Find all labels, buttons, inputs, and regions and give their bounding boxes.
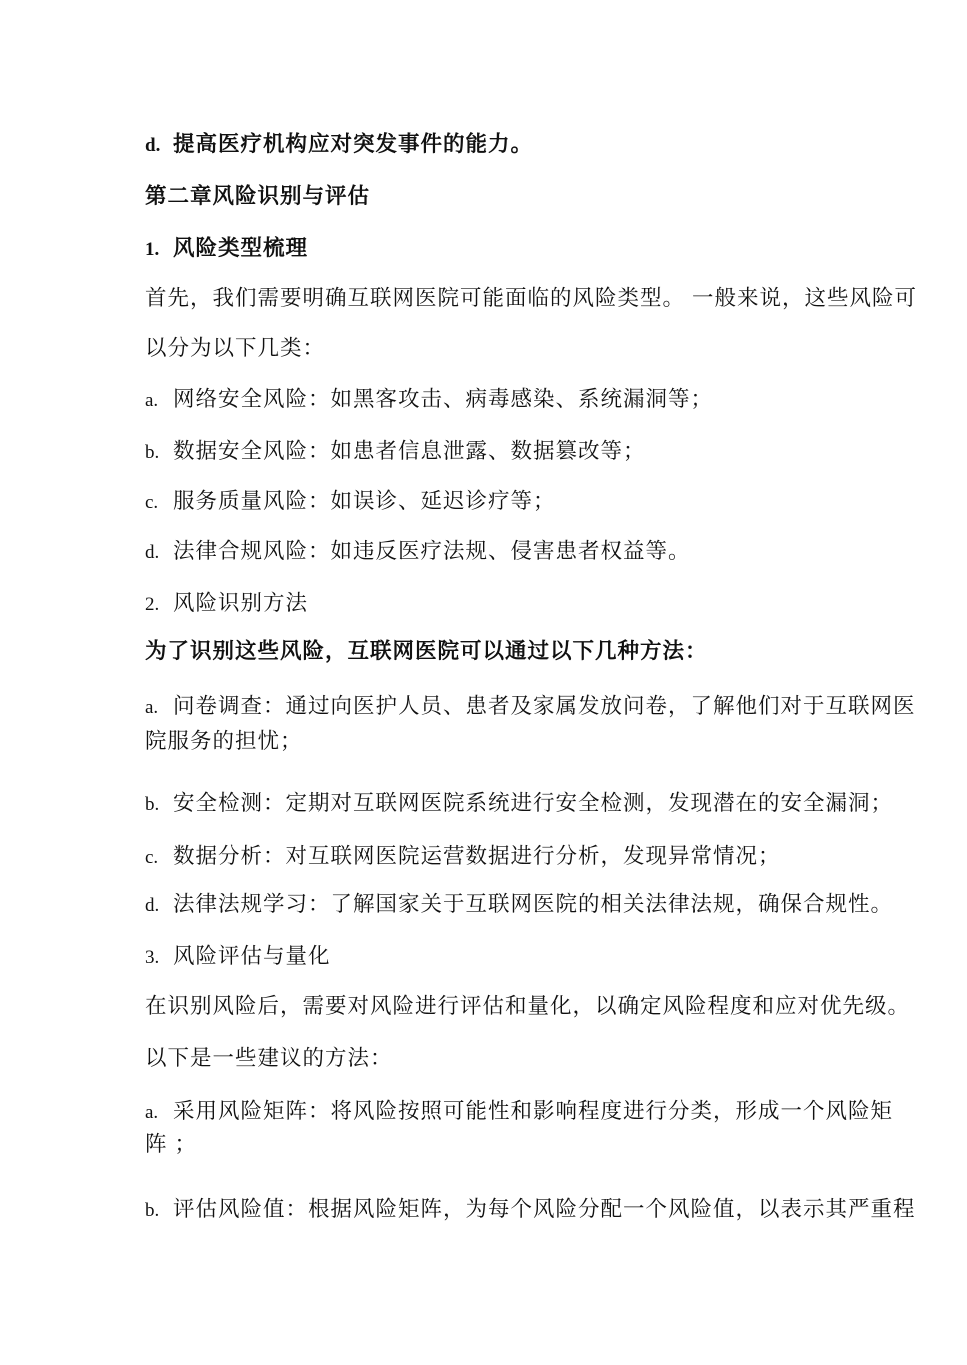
list-marker: a. [145, 696, 173, 719]
line-text: 风险识别方法 [173, 591, 308, 615]
list-marker: a. [145, 1101, 173, 1124]
list-marker: b. [145, 1199, 173, 1222]
line-text: 以分为以下几类： [145, 336, 325, 360]
paragraph-assess-line: 在识别风险后，需要对风险进行评估和量化，以确定风险程度和应对优先级。 [145, 995, 907, 1018]
list-marker: 1. [145, 238, 173, 261]
line-text: 在识别风险后，需要对风险进行评估和量化，以确定风险程度和应对优先级。 [145, 994, 910, 1018]
list-marker: 2. [145, 593, 173, 616]
chapter-heading: 第二章风险识别与评估 [145, 185, 907, 208]
section-heading-1: 1.风险类型梳理 [145, 237, 907, 261]
list-item-a-survey-line-1: a.问卷调查：通过向医护人员、患者及家属发放问卷，了解他们对于互联网医 [145, 695, 907, 719]
line-text: 数据安全风险：如患者信息泄露、数据篡改等； [173, 439, 646, 463]
list-item-b-risk-value: b.评估风险值：根据风险矩阵，为每个风险分配一个风险值，以表示其严重程 [145, 1198, 907, 1222]
line-text: 提高医疗机构应对突发事件的能力。 [173, 132, 533, 156]
document-page: d.提高医疗机构应对突发事件的能力。 第二章风险识别与评估 1.风险类型梳理 首… [0, 0, 967, 1365]
line-text: 阵 ； [145, 1132, 197, 1156]
list-marker: b. [145, 793, 173, 816]
section-heading-2: 2.风险识别方法 [145, 592, 907, 616]
line-text: 法律合规风险：如违反医疗法规、侵害患者权益等。 [173, 539, 691, 563]
list-item-c-data-analysis: c.数据分析：对互联网医院运营数据进行分析，发现异常情况； [145, 845, 907, 869]
line-text: 服务质量风险：如误诊、延迟诊疗等； [173, 489, 556, 513]
paragraph-methods-lead: 为了识别这些风险，互联网医院可以通过以下几种方法： [145, 640, 907, 663]
list-marker: a. [145, 389, 173, 412]
list-item-d-law-study: d.法律法规学习：了解国家关于互联网医院的相关法律法规，确保合规性。 [145, 893, 907, 917]
list-item-a-risk-matrix-line-2: 阵 ； [145, 1133, 907, 1156]
line-text: 为了识别这些风险，互联网医院可以通过以下几种方法： [145, 639, 708, 663]
list-item-a-survey-line-2: 院服务的担忧； [145, 730, 907, 753]
list-item-a-network-risk: a.网络安全风险：如黑客攻击、病毒感染、系统漏洞等； [145, 388, 907, 412]
line-text: 网络安全风险：如黑客攻击、病毒感染、系统漏洞等； [173, 387, 713, 411]
list-marker: d. [145, 541, 173, 564]
line-text: 以下是一些建议的方法： [145, 1046, 393, 1070]
line-text: 评估风险值：根据风险矩阵，为每个风险分配一个风险值，以表示其严重程 [173, 1197, 916, 1221]
list-marker: b. [145, 441, 173, 464]
line-text: 风险评估与量化 [173, 944, 331, 968]
line-text: 采用风险矩阵：将风险按照可能性和影响程度进行分类，形成一个风险矩 [173, 1099, 893, 1123]
list-item-b-security-check: b.安全检测：定期对互联网医院系统进行安全检测，发现潜在的安全漏洞； [145, 792, 907, 816]
list-marker: 3. [145, 946, 173, 969]
list-marker: d. [145, 134, 173, 157]
paragraph-intro-line-2: 以分为以下几类： [145, 337, 907, 360]
list-item-d-capability: d.提高医疗机构应对突发事件的能力。 [145, 133, 907, 157]
list-item-b-data-risk: b.数据安全风险：如患者信息泄露、数据篡改等； [145, 440, 907, 464]
paragraph-suggest-lead: 以下是一些建议的方法： [145, 1047, 907, 1070]
line-text: 安全检测：定期对互联网医院系统进行安全检测，发现潜在的安全漏洞； [173, 791, 893, 815]
section-heading-3: 3.风险评估与量化 [145, 945, 907, 969]
line-text: 第二章风险识别与评估 [145, 184, 370, 208]
line-text: 院服务的担忧； [145, 729, 303, 753]
list-item-d-legal-risk: d.法律合规风险：如违反医疗法规、侵害患者权益等。 [145, 540, 907, 564]
line-text: 数据分析：对互联网医院运营数据进行分析，发现异常情况； [173, 844, 781, 868]
line-text: 法律法规学习：了解国家关于互联网医院的相关法律法规，确保合规性。 [173, 892, 893, 916]
line-text: 首先，我们需要明确互联网医院可能面临的风险类型。 一般来说，这些风险可 [145, 286, 917, 310]
line-text: 风险类型梳理 [173, 236, 308, 260]
list-item-c-service-risk: c.服务质量风险：如误诊、延迟诊疗等； [145, 490, 907, 514]
paragraph-intro-line-1: 首先，我们需要明确互联网医院可能面临的风险类型。 一般来说，这些风险可 [145, 287, 907, 310]
list-marker: c. [145, 491, 173, 514]
list-marker: c. [145, 846, 173, 869]
list-item-a-risk-matrix-line-1: a.采用风险矩阵：将风险按照可能性和影响程度进行分类，形成一个风险矩 [145, 1100, 907, 1124]
list-marker: d. [145, 894, 173, 917]
line-text: 问卷调查：通过向医护人员、患者及家属发放问卷，了解他们对于互联网医 [173, 694, 916, 718]
